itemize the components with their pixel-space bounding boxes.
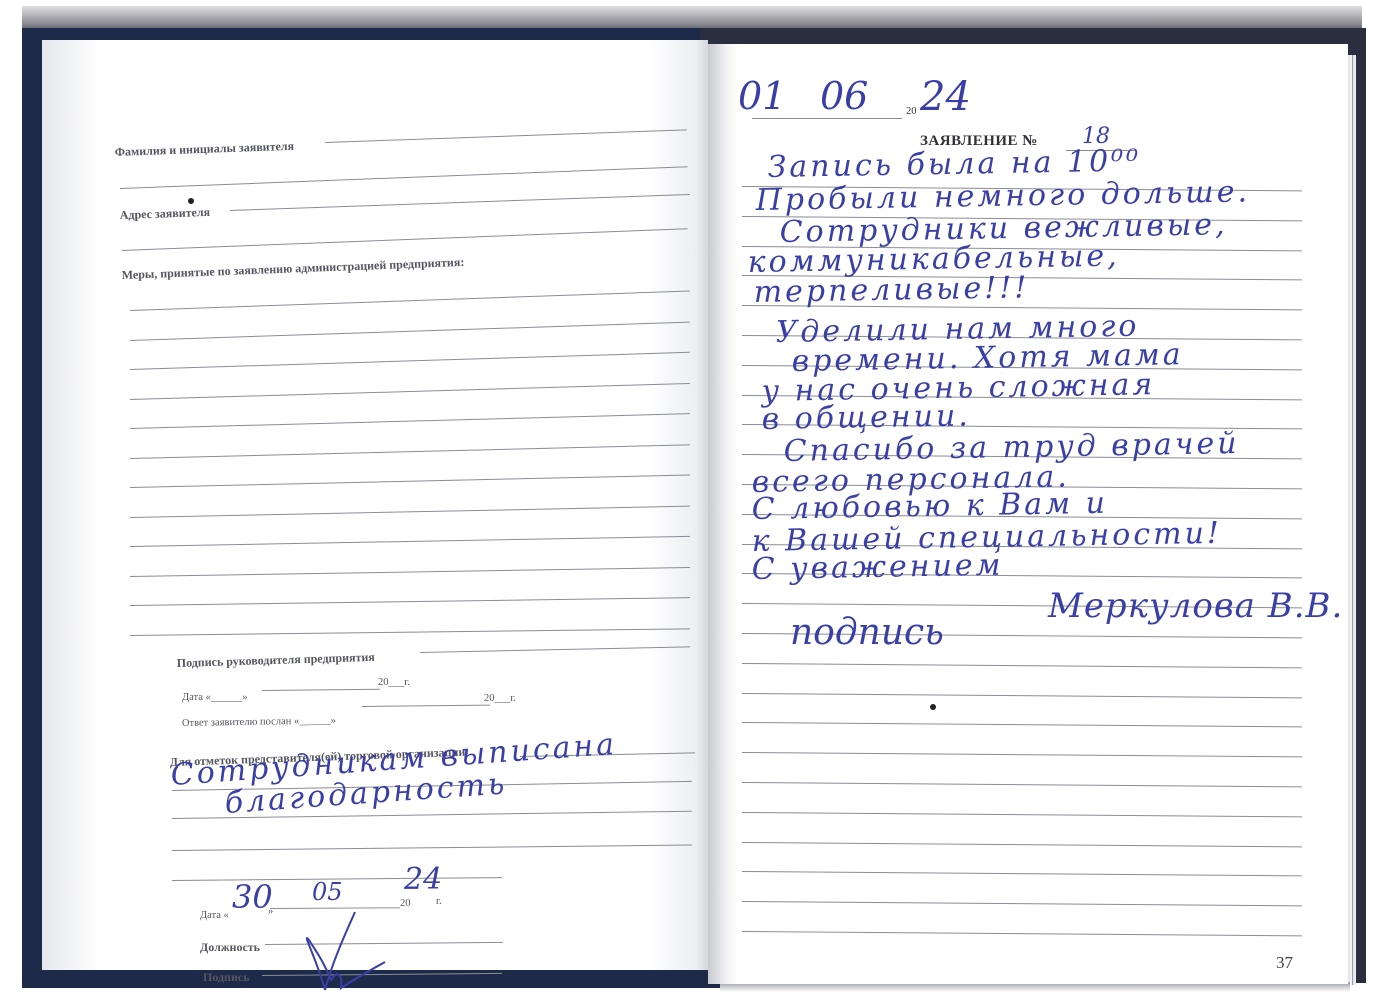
year-suffix: 20___г.: [378, 677, 410, 688]
page-curve: [42, 40, 100, 970]
reply-year-suffix: 20___г.: [484, 693, 516, 704]
author-name: Меркулова В.В.: [1048, 586, 1343, 626]
ruled-line: [752, 118, 902, 119]
manager-signature-scribble: [295, 900, 395, 1000]
ink-dot: [930, 704, 936, 710]
handwritten-date-year: 24: [404, 862, 442, 897]
date-label: Дата «______»: [182, 692, 248, 703]
position-label: Должность: [200, 940, 260, 955]
date2-mid: »: [268, 906, 273, 917]
handwritten-date-day: 30: [232, 878, 273, 916]
date2-year-prefix: 20: [400, 898, 411, 909]
header-year-prefix: 20: [906, 106, 917, 117]
signature-label: Подпись: [203, 970, 250, 985]
handwritten-line: терпеливые!!!: [753, 270, 1029, 310]
handwritten-header-year: 24: [920, 74, 971, 120]
left-page: [42, 40, 708, 970]
handwritten-header-month: 06: [820, 74, 868, 118]
date2-year-suffix: г.: [436, 896, 442, 907]
applicant-address-label: Адрес заявителя: [119, 205, 210, 223]
spine-shadow-right: [708, 44, 738, 984]
date2-label: Дата «: [200, 910, 229, 921]
handwritten-header-day: 01: [738, 74, 786, 118]
ink-dot: [188, 198, 194, 204]
handwritten-line: С уважением: [751, 548, 1003, 587]
author-signature: подпись: [790, 612, 944, 653]
page-number: 37: [1276, 953, 1293, 973]
